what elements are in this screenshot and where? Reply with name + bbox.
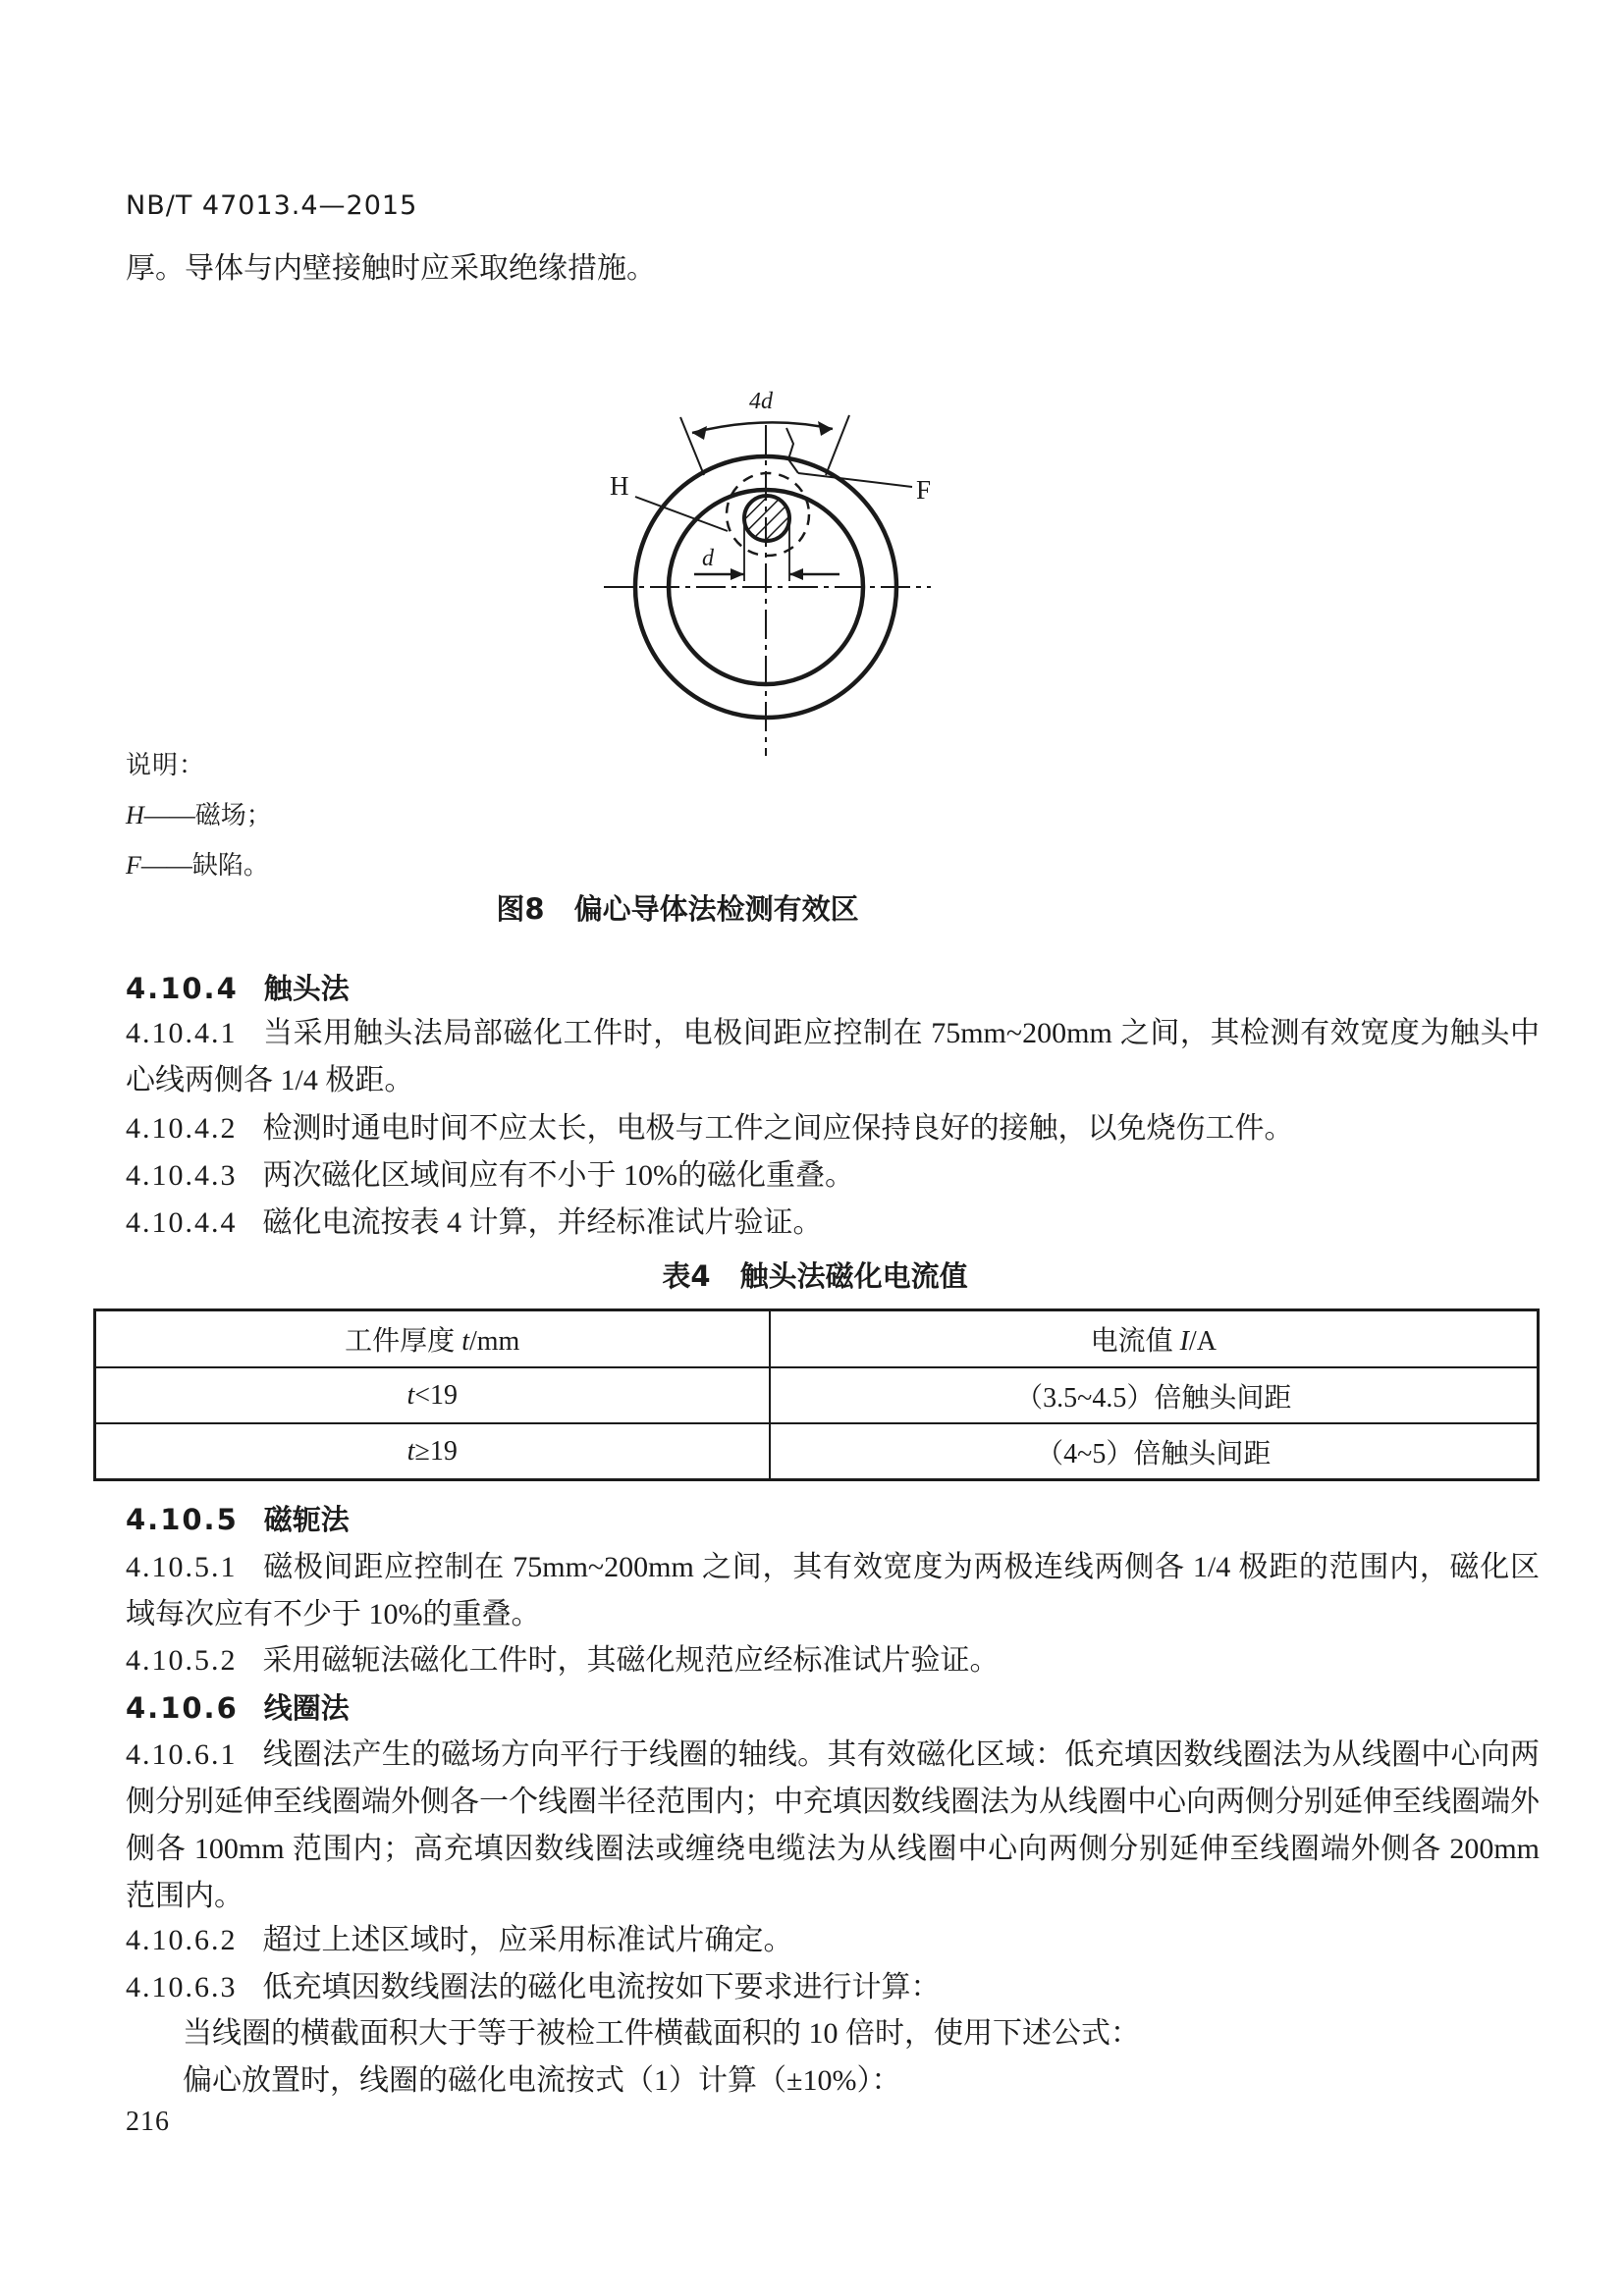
clause-4-10-6-1: 4.10.6.1线圈法产生的磁场方向平行于线圈的轴线。其有效磁化区域：低充填因数… — [126, 1732, 1540, 1920]
label-H: H — [610, 471, 629, 501]
page-number: 216 — [126, 2107, 170, 2138]
d-arrow-right — [789, 568, 803, 580]
clause-4-10-4-3: 4.10.4.3两次磁化区域间应有不小于 10%的磁化重叠。 — [126, 1152, 1540, 1200]
arc-extension-left — [680, 417, 704, 475]
legend-item-h: H——磁场； — [126, 790, 272, 840]
cell-current-2: （4~5）倍触头间距 — [770, 1423, 1539, 1480]
table-4: 工件厚度 t/mm 电流值 I/A t<19 （3.5~4.5）倍触头间距 t≥… — [93, 1308, 1540, 1481]
clause-4-10-6-3: 4.10.6.3低充填因数线圈法的磁化电流按如下要求进行计算： — [126, 1964, 1540, 2011]
cell-current-1: （3.5~4.5）倍触头间距 — [770, 1367, 1539, 1423]
legend-item-f: F——缺陷。 — [126, 840, 272, 890]
clause-4-10-6-2: 4.10.6.2超过上述区域时，应采用标准试片确定。 — [126, 1917, 1540, 1964]
label-d: d — [702, 546, 715, 571]
d-arrow-left — [731, 568, 744, 580]
document-page: NB/T 47013.4—2015 厚。导体与内壁接触时应采取绝缘措施。 4d … — [0, 0, 1624, 2296]
standard-number: NB/T 47013.4—2015 — [126, 190, 417, 221]
f-leader-line — [798, 473, 912, 487]
cell-thickness-2: t≥19 — [95, 1423, 770, 1480]
legend-title: 说明： — [126, 740, 272, 790]
col-header-thickness: 工件厚度 t/mm — [95, 1310, 770, 1368]
section-heading-4-10-4: 4.10.4触头法 — [126, 965, 1540, 1012]
figure-8-diagram: 4d H F d — [545, 371, 1036, 764]
section-heading-4-10-6: 4.10.6线圈法 — [126, 1684, 1540, 1732]
label-4d: 4d — [749, 389, 774, 414]
clause-4-10-4-4: 4.10.4.4磁化电流按表 4 计算，并经标准试片验证。 — [126, 1200, 1540, 1247]
table-row: t≥19 （4~5）倍触头间距 — [95, 1423, 1539, 1480]
formula-intro-line-2: 偏心放置时，线圈的磁化电流按式（1）计算（±10%）： — [126, 2057, 1597, 2105]
col-header-current: 电流值 I/A — [770, 1310, 1539, 1368]
clause-4-10-4-1: 4.10.4.1当采用触头法局部磁化工件时，电极间距应控制在 75mm~200m… — [126, 1010, 1540, 1104]
clause-4-10-4-2: 4.10.4.2检测时通电时间不应太长，电极与工件之间应保持良好的接触，以免烧伤… — [126, 1105, 1540, 1152]
label-F: F — [916, 475, 931, 505]
table-4-title: 表4触头法磁化电流值 — [93, 1255, 1537, 1295]
section-heading-4-10-5: 4.10.5磁轭法 — [126, 1496, 1540, 1543]
table-row: t<19 （3.5~4.5）倍触头间距 — [95, 1367, 1539, 1423]
figure-legend: 说明： H——磁场； F——缺陷。 — [126, 740, 272, 890]
arc-arrow-right — [818, 421, 833, 436]
conductor-circle — [744, 496, 789, 541]
table-header-row: 工件厚度 t/mm 电流值 I/A — [95, 1310, 1539, 1368]
clause-4-10-5-1: 4.10.5.1磁极间距应控制在 75mm~200mm 之间，其有效宽度为两极连… — [126, 1544, 1540, 1638]
defect-crack-line — [786, 428, 798, 473]
arc-dimension-line — [692, 422, 833, 433]
cell-thickness-1: t<19 — [95, 1367, 770, 1423]
intro-paragraph: 厚。导体与内壁接触时应采取绝缘措施。 — [126, 245, 1540, 293]
arc-arrow-left — [692, 426, 707, 440]
clause-4-10-5-2: 4.10.5.2采用磁轭法磁化工件时，其磁化规范应经标准试片验证。 — [126, 1637, 1540, 1684]
figure-caption: 图8偏心导体法检测有效区 — [275, 887, 1080, 928]
arc-extension-right — [826, 415, 849, 475]
formula-intro-line-1: 当线圈的横截面积大于等于被检工件横截面积的 10 倍时，使用下述公式： — [126, 2010, 1597, 2057]
